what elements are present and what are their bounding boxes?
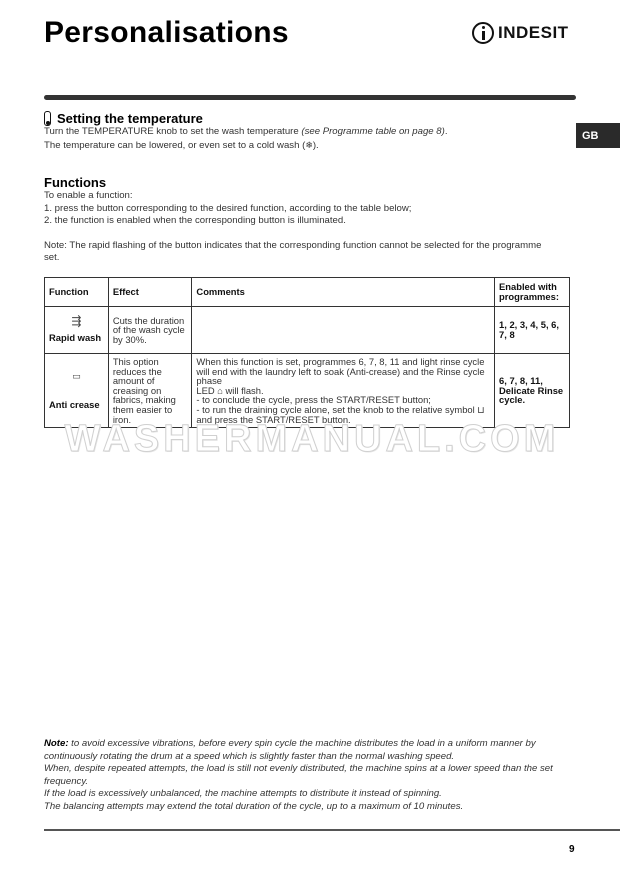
header-effect: Effect xyxy=(108,278,192,307)
temperature-line-2: The temperature can be lowered, or even … xyxy=(44,139,448,153)
language-tab: GB xyxy=(576,123,620,148)
enabled-programmes-cell: 6, 7, 8, 11, Delicate Rinse cycle. xyxy=(495,354,570,428)
temperature-title-text: Setting the temperature xyxy=(57,111,203,126)
function-cell: ⇶ Rapid wash xyxy=(45,307,109,354)
note-paragraph-3: If the load is excessively unbalanced, t… xyxy=(44,788,584,801)
watermark: WASHERMANUAL.COM xyxy=(32,418,592,461)
top-divider xyxy=(44,95,576,100)
note-paragraph-1: Note: to avoid excessive vibrations, bef… xyxy=(44,738,584,763)
page-title: Personalisations xyxy=(44,16,289,50)
effect-cell: This option reduces the amount of creasi… xyxy=(108,354,192,428)
note-paragraph-2: When, despite repeated attempts, the loa… xyxy=(44,763,584,788)
enabled-programmes-cell: 1, 2, 3, 4, 5, 6, 7, 8 xyxy=(495,307,570,354)
function-name: Anti crease xyxy=(49,400,104,410)
cold-wash-icon: ❄ xyxy=(305,139,313,152)
indesit-logo-icon xyxy=(472,22,494,44)
comments-cell xyxy=(192,307,495,354)
page-number: 9 xyxy=(569,844,575,855)
effect-cell: Cuts the duration of the wash cycle by 3… xyxy=(108,307,192,354)
note-paragraph-4: The balancing attempts may extend the to… xyxy=(44,801,584,814)
brand-name: INDESIT xyxy=(498,23,569,43)
temperature-line-1: Turn the TEMPERATURE knob to set the was… xyxy=(44,126,448,139)
header-enabled: Enabled with programmes: xyxy=(495,278,570,307)
function-cell: ▭ Anti crease xyxy=(45,354,109,428)
thermometer-icon xyxy=(44,111,51,126)
temperature-text: Turn the TEMPERATURE knob to set the was… xyxy=(44,126,448,152)
note-label: Note: xyxy=(44,738,69,749)
functions-note: Note: The rapid flashing of the button i… xyxy=(44,240,544,265)
functions-text: To enable a function: 1. press the butto… xyxy=(44,190,544,265)
spin-note: Note: to avoid excessive vibrations, bef… xyxy=(44,738,584,814)
functions-section-title: Functions xyxy=(44,175,106,190)
functions-step-2: 2. the function is enabled when the corr… xyxy=(44,215,544,228)
functions-step-1: 1. press the button corresponding to the… xyxy=(44,203,544,216)
header-function: Function xyxy=(45,278,109,307)
functions-table: Function Effect Comments Enabled with pr… xyxy=(44,277,570,428)
anti-crease-icon: ▭ xyxy=(49,372,104,382)
brand-logo: INDESIT xyxy=(472,22,569,44)
temperature-section-title: Setting the temperature xyxy=(44,111,203,126)
functions-intro: To enable a function: xyxy=(44,190,544,203)
comments-cell: When this function is set, programmes 6,… xyxy=(192,354,495,428)
table-row: ▭ Anti crease This option reduces the am… xyxy=(45,354,570,428)
table-header-row: Function Effect Comments Enabled with pr… xyxy=(45,278,570,307)
rapid-wash-icon: ⇶ xyxy=(49,317,104,327)
function-name: Rapid wash xyxy=(49,333,104,343)
bottom-divider xyxy=(44,829,620,831)
header-comments: Comments xyxy=(192,278,495,307)
programme-table-reference: (see Programme table on page 8) xyxy=(301,126,444,137)
table-row: ⇶ Rapid wash Cuts the duration of the wa… xyxy=(45,307,570,354)
comment-line: When this function is set, programmes 6,… xyxy=(196,357,490,386)
